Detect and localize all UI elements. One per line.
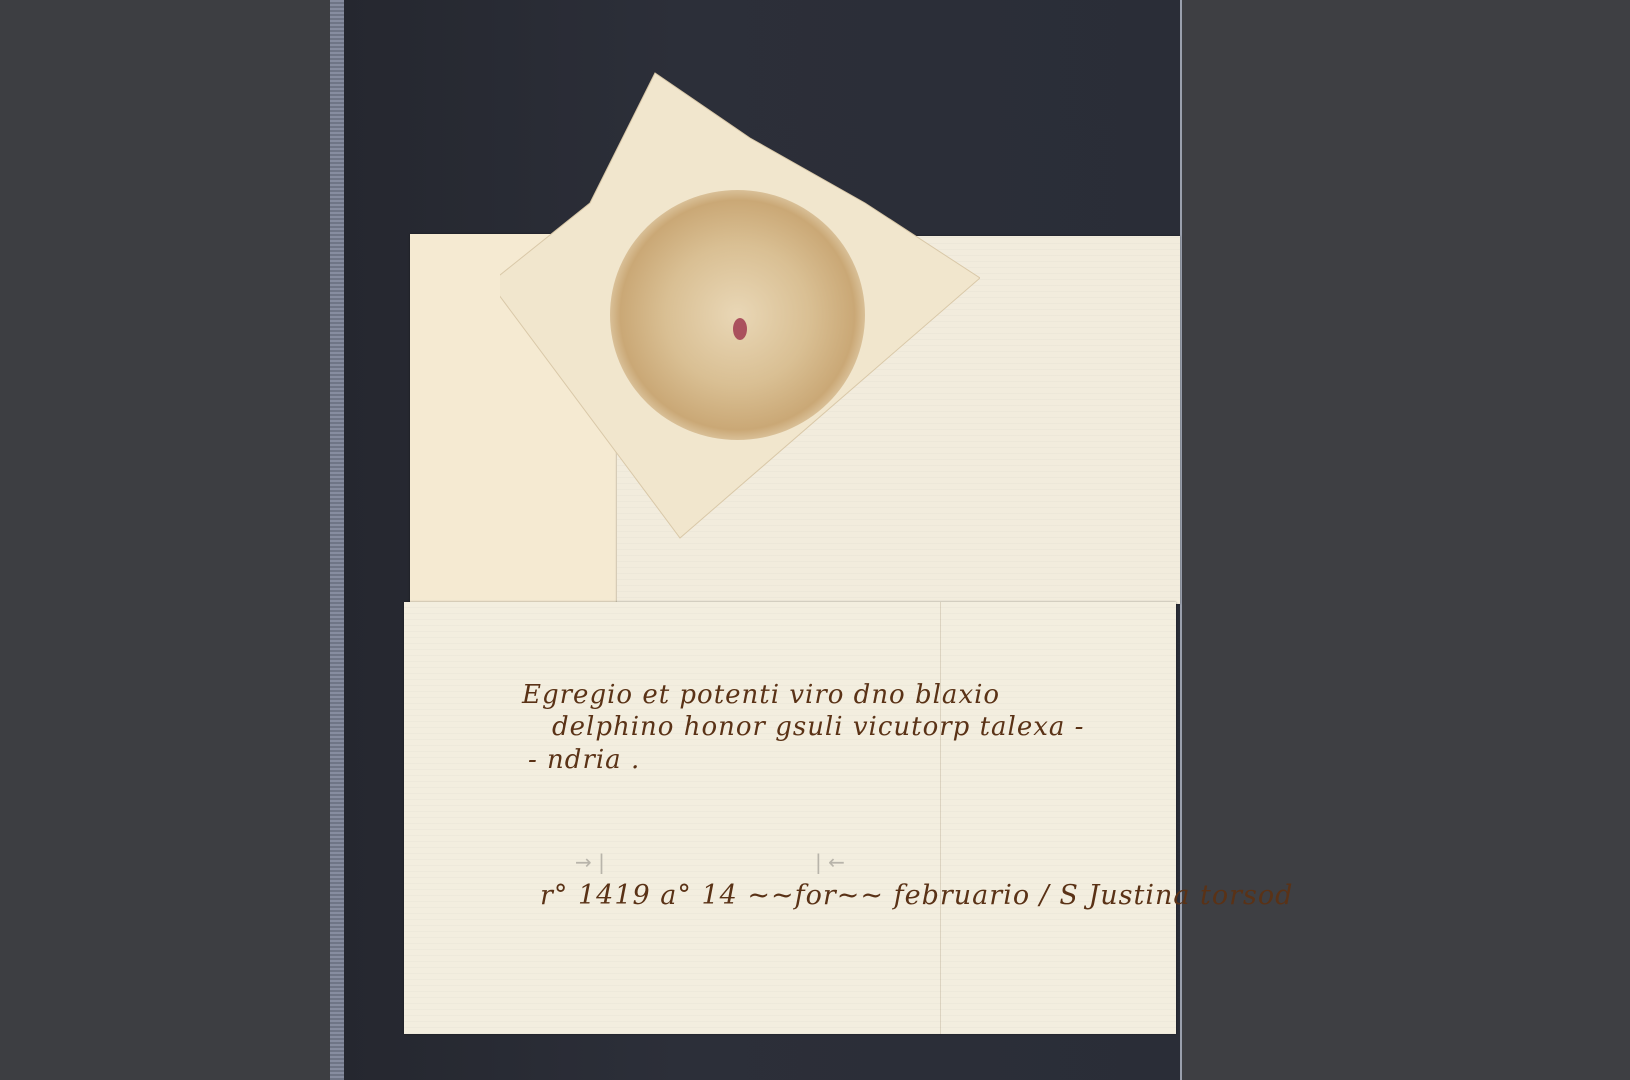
address-line-1: Egregio et potenti viro dno blaxio — [522, 680, 1000, 710]
address-line-2: delphino honor gsuli vicutorp talexa - — [552, 712, 1084, 742]
sleeve-edge — [1180, 0, 1182, 1080]
fold-crease — [940, 602, 941, 1034]
sleeve-seam — [330, 0, 344, 1080]
pencil-mark-left: → | — [575, 850, 605, 874]
wax-red-mark — [733, 318, 747, 340]
letter-address-panel — [404, 602, 1176, 1034]
background-left — [0, 0, 340, 1080]
docket-line: r° 1419 a° 14 ~~for~~ februario / S Just… — [540, 880, 1293, 911]
address-line-3: - ndria . — [528, 745, 640, 775]
wax-seal-remnant — [610, 190, 865, 440]
pencil-mark-right: | ← — [815, 850, 845, 874]
background-right — [1182, 0, 1630, 1080]
